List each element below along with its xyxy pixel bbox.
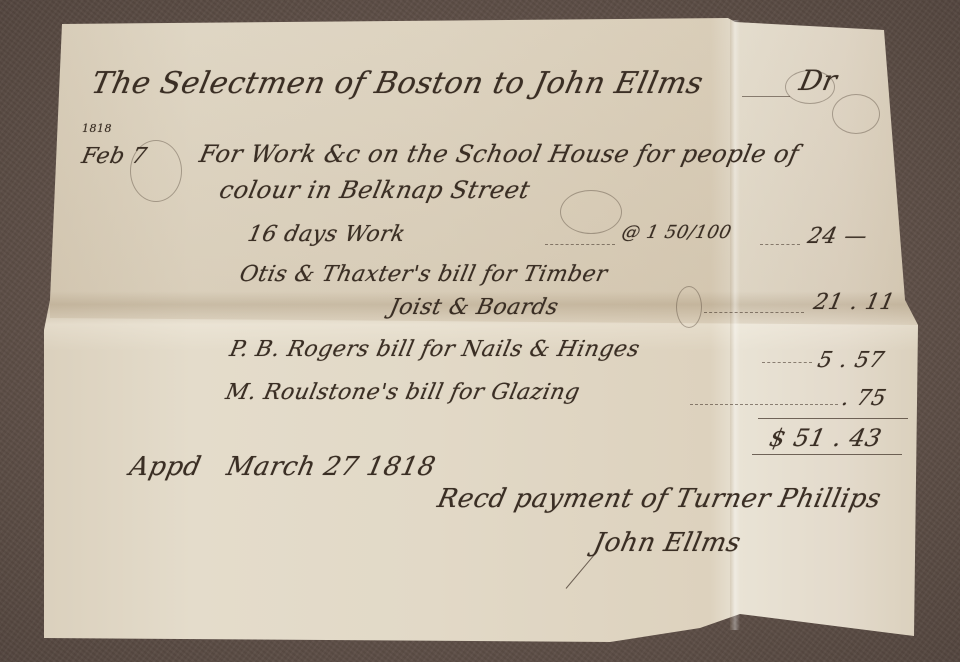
line-item-label: Otis & Thaxter's bill for Timber <box>237 262 609 287</box>
approval-prefix: Appd <box>127 452 204 482</box>
sum-rule <box>758 418 908 419</box>
bill-total: $ 51 . 43 <box>767 424 884 452</box>
description-line-1: For Work &c on the School House for peop… <box>197 140 802 168</box>
flourish-icon <box>560 190 622 234</box>
leader-dots <box>762 362 812 363</box>
line-item-rate: @ 1 50/100 <box>620 222 734 243</box>
debtor-abbrev: Dr <box>796 64 840 97</box>
total-underline <box>752 454 902 455</box>
line-item-amount: 5 . 57 <box>815 348 886 373</box>
leader-dots <box>545 244 615 245</box>
line-item-label-continued: Joist & Boards <box>387 295 561 320</box>
signature: John Ellms <box>591 528 744 558</box>
description-line-2: colour in Belknap Street <box>217 176 533 204</box>
line-item-amount: 21 . 11 <box>811 290 897 315</box>
line-item-label: M. Roulstone's bill for Glazing <box>223 380 582 405</box>
line-item-label: 16 days Work <box>245 222 407 247</box>
line-item-label: P. B. Rogers bill for Nails & Hinges <box>227 337 642 362</box>
heading-dash <box>742 96 790 97</box>
line-item-amount: 24 — <box>805 224 869 249</box>
approval-date: March 27 1818 <box>224 452 439 482</box>
entry-date: Feb 7 <box>79 144 149 169</box>
receipt-note: Recd payment of Turner Phillips <box>435 484 884 514</box>
bill-heading: The Selectmen of Boston to John Ellms <box>88 66 706 101</box>
brace-icon <box>676 286 702 328</box>
leader-dots <box>760 244 800 245</box>
line-item-amount: . 75 <box>839 386 888 411</box>
leader-dots <box>704 312 804 313</box>
entry-year: 1818 <box>82 122 112 135</box>
leader-dots <box>690 404 838 405</box>
document-sheet: The Selectmen of Boston to John Ellms Dr… <box>0 0 960 662</box>
approval-line: Appd March 27 1818 <box>127 452 439 482</box>
flourish-icon <box>832 94 880 134</box>
